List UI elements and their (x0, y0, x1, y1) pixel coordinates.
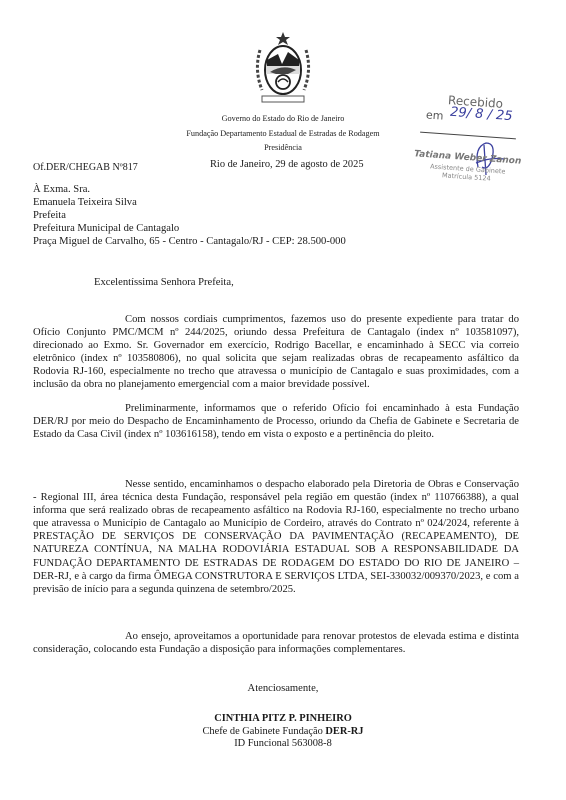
recipient-block: À Exma. Sra. Emanuela Teixeira Silva Pre… (33, 183, 346, 248)
coat-of-arms-logo (248, 30, 318, 110)
recipient-address: Praça Miguel de Carvalho, 65 - Centro - … (33, 235, 346, 248)
signature-role: Chefe de Gabinete Fundação DER-RJ (0, 726, 566, 739)
recipient-organization: Prefeitura Municipal de Cantagalo (33, 222, 346, 235)
body-paragraph-2: Preliminarmente, informamos que o referi… (33, 402, 519, 441)
body-paragraph-3: Nesse sentido, encaminhamos o despacho e… (33, 478, 519, 596)
body-paragraph-4: Ao ensejo, aproveitamos a oportunidade p… (33, 630, 519, 656)
signature-org: DER-RJ (325, 726, 363, 737)
signature-id: ID Funcional 563008-8 (0, 738, 566, 751)
signature-name: CINTHIA PITZ P. PINHEIRO (0, 713, 566, 726)
office-number: Of.DER/CHEGAB Nº817 (33, 161, 138, 174)
place-date: Rio de Janeiro, 29 de agosto de 2025 (210, 158, 364, 171)
signature-block: CINTHIA PITZ P. PINHEIRO Chefe de Gabine… (0, 713, 566, 751)
greeting: Excelentíssima Senhora Prefeita, (94, 276, 234, 289)
recipient-salutation: À Exma. Sra. (33, 183, 346, 196)
recipient-name: Emanuela Teixeira Silva (33, 196, 346, 209)
received-date-prefix: em (426, 108, 444, 122)
body-paragraph-1: Com nossos cordiais cumprimentos, fazemo… (33, 313, 519, 392)
received-stamp: Recebido em 29/ 8 / 25 Tatiana Weber Zan… (420, 95, 566, 185)
recipient-title: Prefeita (33, 209, 346, 222)
received-date: 29/ 8 / 25 (450, 105, 513, 124)
closing: Atenciosamente, (0, 682, 566, 695)
